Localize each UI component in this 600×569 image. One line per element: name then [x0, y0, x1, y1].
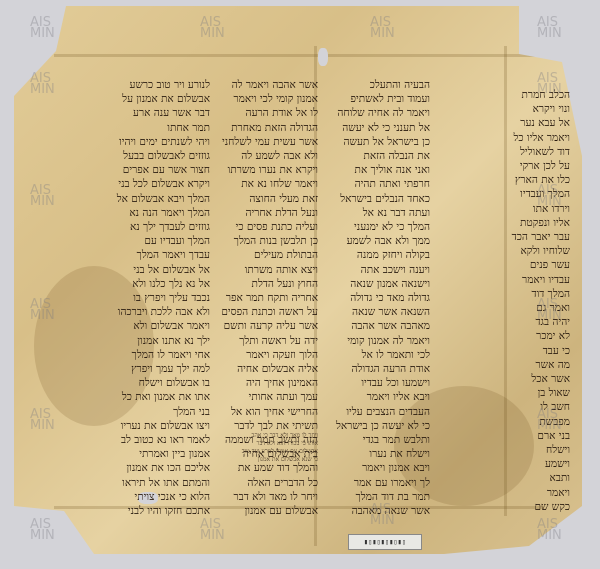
fold-line-top	[54, 54, 544, 57]
text-line: ידה על ראשה ותלך	[218, 334, 318, 348]
watermark: AISMIN	[370, 505, 395, 527]
text-line: ולא אבה ללכת ויברכהו	[98, 305, 210, 319]
text-line: אמנון ביין ואמרתי	[98, 447, 210, 461]
text-line: וישלח	[510, 443, 570, 457]
watermark: AISMIN	[30, 18, 55, 40]
text-line: המלך ויבא אבשלום אל	[98, 192, 210, 206]
watermark: AISMIN	[537, 410, 562, 432]
text-line: אליכם הכו את אמנון	[98, 461, 210, 475]
text-line: כל הדברים האלה	[218, 476, 318, 490]
text-line: המלך ויאמר הנה נא	[98, 206, 210, 220]
text-line: גדולה מאד כי גדולה	[326, 291, 430, 305]
text-line: אליו ונפקטת	[510, 216, 570, 230]
text-line: אשר עליה קרעה ותשם	[218, 319, 318, 333]
text-line: כי עבד	[510, 344, 570, 358]
text-line: ויאמר אליו כל	[510, 131, 570, 145]
watermark: AISMIN	[537, 74, 562, 96]
watermark: AISMIN	[30, 410, 55, 432]
text-line: ויאמר שלחו נא את	[218, 177, 318, 191]
text-line: על ראשה וכתנת הפסים	[218, 305, 318, 319]
text-line: החרישי אחיך הוא אל	[218, 405, 318, 419]
text-line: כן בישראל אל תעשה	[326, 135, 430, 149]
text-line: אל עבא נער	[510, 116, 570, 130]
watermark: AISMIN	[30, 186, 55, 208]
watermark: AISMIN	[537, 186, 562, 208]
text-line: ויאמר אבשלום ולא	[98, 319, 210, 333]
text-line: תמר אחתו	[98, 121, 210, 135]
text-column-left: לנורע ויר טוב כרשע אבשלום את אמנון על דב…	[98, 78, 210, 518]
text-line: זאת מעלי החוצה	[218, 192, 318, 206]
text-line: עמך ועתה אחותי	[218, 390, 318, 404]
text-line: כאחד הנבלים בישראל	[326, 192, 430, 206]
text-line: כן תלבשן בנות המלך	[218, 234, 318, 248]
text-line: העבדים הנצבים עליו	[326, 405, 430, 419]
note-line: אותו כי בכורו הוא ולא דבר	[228, 440, 318, 448]
text-line: עשר פנים	[510, 258, 570, 272]
text-line: ילך נא אתנו אמנון	[98, 334, 210, 348]
text-line: ויענה וישכב אתה	[326, 263, 430, 277]
text-line: מה אשר	[510, 358, 570, 372]
marginal-note-middle: ויחר לו מאד ולא דבר כי אהב אותו כי בכורו…	[228, 432, 318, 464]
text-line: לו אל אודת הרעה	[218, 106, 318, 120]
text-line: האמינון אחיך היה	[218, 376, 318, 390]
note-line: ויחר לו מאד ולא דבר כי אהב	[228, 432, 318, 440]
text-line: השנאה אשר שנאה	[326, 305, 430, 319]
text-line: לאמר ראו נא כטוב לב	[98, 433, 210, 447]
text-line: דבר אשר ענה ארע	[98, 106, 210, 120]
text-line: ואני אנה אוליך את	[326, 163, 430, 177]
damage-hole	[318, 48, 328, 66]
text-line: גוזזים לעבדך ילך נא	[98, 220, 210, 234]
text-line: דוד לשאוליל	[510, 145, 570, 159]
text-line: ויקרא אבשלום לכל בני	[98, 177, 210, 191]
text-line: המלך ועבדיו עם	[98, 234, 210, 248]
text-line: תשיתי את לבך לדבר	[218, 419, 318, 433]
text-line: לא ימכר	[510, 329, 570, 343]
text-line: ויקרא את נערו משרתו	[218, 163, 318, 177]
note-line: אבשלום עם אמנון למרע ועד טוב	[228, 448, 318, 456]
text-line: ויאמר	[510, 486, 570, 500]
text-line: הלוך וזעקה ויאמר	[218, 348, 318, 362]
note-line: כי שנא אבשלום את אמנון	[228, 456, 318, 464]
text-line: עבר יאבר הכד	[510, 230, 570, 244]
watermark: AISMIN	[370, 18, 395, 40]
text-line: כקש שם	[510, 500, 570, 514]
text-line: לך ויאמרו עם אמר	[326, 476, 430, 490]
text-line: שלוחיו ולקא	[510, 244, 570, 258]
text-line: ותבא	[510, 471, 570, 485]
text-line: ועתה דבר נא אל	[326, 206, 430, 220]
text-line: אליה אבשלום אחיה	[218, 362, 318, 376]
text-line: ויבא אמנון ויאמר	[326, 461, 430, 475]
text-line: אשר אכל	[510, 372, 570, 386]
text-line: ויבא אליו ויאמר	[326, 390, 430, 404]
text-line: אמנון קומי לכי ויאמר	[218, 92, 318, 106]
text-line: גוזזים לאבשלום בבעל	[98, 149, 210, 163]
text-line: חרפתי ואתה תהיה	[326, 177, 430, 191]
watermark: AISMIN	[30, 520, 55, 542]
text-line: אשר עשית עמי לשלחני	[218, 135, 318, 149]
text-line: אחריה ותקח תמר אפר	[218, 291, 318, 305]
text-line: את הנבלה הזאת	[326, 149, 430, 163]
text-line: לכי ותאמר לו אל	[326, 348, 430, 362]
text-line: ועמוד ובית לאשתיפ	[326, 92, 430, 106]
text-line: חצור אשר עם אפרים	[98, 163, 210, 177]
text-line: וישנאה אמנון שנאה	[326, 277, 430, 291]
text-line: ונעל הדלת אחריה	[218, 206, 318, 220]
text-line: בני המלך	[98, 405, 210, 419]
text-line: אשר אהבה ויאמר לה	[218, 78, 318, 92]
text-line: ויצא אותה משרתו	[218, 263, 318, 277]
text-line: אל אבשלום אל בני	[98, 263, 210, 277]
text-line: והמתם אתו אל תיראו	[98, 476, 210, 490]
text-line: כי לא יעשה כן בישראל	[326, 419, 430, 433]
text-line: ויחר לו מאד ולא דבר	[218, 490, 318, 504]
text-line: אבשלום עם אמנון	[218, 504, 318, 518]
watermark: AISMIN	[537, 520, 562, 542]
text-line: למה ילך עמך ויפרץ	[98, 362, 210, 376]
watermark: AISMIN	[200, 520, 225, 542]
text-line: ויאמר לה אחיה שלוחה	[326, 106, 430, 120]
watermark: AISMIN	[537, 300, 562, 322]
text-line: וישמע	[510, 457, 570, 471]
text-line: בו אבשלום וישלח	[98, 376, 210, 390]
watermark: AISMIN	[30, 74, 55, 96]
text-line: אודת הרעה הגדולה	[326, 362, 430, 376]
text-line: מאהבה אשר אהבה	[326, 319, 430, 333]
text-line: ויאמר לה אמנון קומי	[326, 334, 430, 348]
text-line: ויהי לשנתים ימים ויהיו	[98, 135, 210, 149]
text-line: אחי ויאמר לו המלך	[98, 348, 210, 362]
text-line: שאול בן	[510, 386, 570, 400]
watermark: AISMIN	[200, 18, 225, 40]
text-line: עבדך ויאמר המלך	[98, 248, 210, 262]
text-line: אל נא נלך כלנו ולא	[98, 277, 210, 291]
text-line: אל תענני כי לא יעשה	[326, 121, 430, 135]
text-line: המלך כי לא ימנעני	[326, 220, 430, 234]
text-line: ועליה כתנת פסים כי	[218, 220, 318, 234]
text-line: ותלבש תמר בגדי	[326, 433, 430, 447]
text-line: אבשלום את אמנון על	[98, 92, 210, 106]
text-line: הבעיה והתעלכ	[326, 78, 430, 92]
watermark: AISMIN	[537, 18, 562, 40]
text-line: לנורע ויר טוב כרשע	[98, 78, 210, 92]
text-line: ולא אבה לשמע לה	[218, 149, 318, 163]
text-line: ממך ולא אבה לשמע	[326, 234, 430, 248]
text-line: החוץ ונעל הדלת	[218, 277, 318, 291]
text-line: אתכם חזקו והיו לבני	[98, 504, 210, 518]
text-line: אתו את אמנון ואת כל	[98, 390, 210, 404]
text-line: עבדיו ויאמר	[510, 273, 570, 287]
text-line: וישלח את נערו	[326, 447, 430, 461]
text-line: נכבד עליך ויפרץ בו	[98, 291, 210, 305]
text-line: הבתולת מעילים	[218, 248, 318, 262]
text-line: וישמעו וכל עבדיו	[326, 376, 430, 390]
watermark: AISMIN	[30, 300, 55, 322]
text-line: הלוא כי אנכי צויתי	[98, 490, 210, 504]
shelf-label: ▮▯▮▯▮▯▮▯▮▯	[348, 534, 422, 550]
text-line: על לכן ארקי	[510, 159, 570, 173]
text-line: ויצו אבשלום את נעריו	[98, 419, 210, 433]
text-column-right: הבעיה והתעלכ ועמוד ובית לאשתיפ ויאמר לה …	[326, 78, 430, 518]
text-line: הגדולה הזאת מאחרת	[218, 121, 318, 135]
text-line: ונוי ויקרא	[510, 102, 570, 116]
text-line: בקולה ויחזק ממנה	[326, 248, 430, 262]
